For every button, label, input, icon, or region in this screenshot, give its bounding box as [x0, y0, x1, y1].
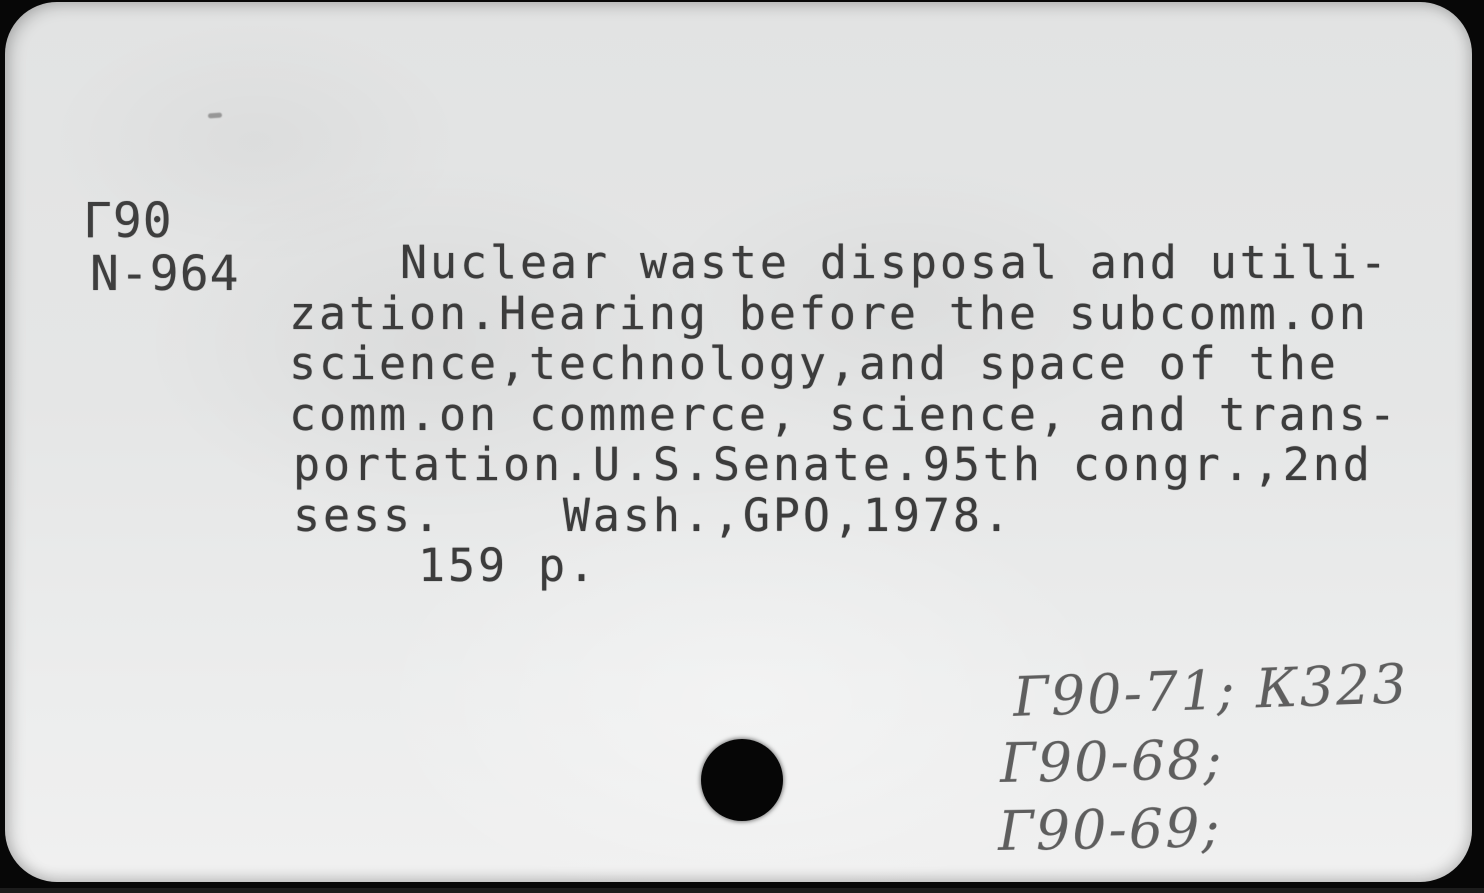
- typed-line-1: Nuclear waste disposal and utili-: [400, 238, 1390, 288]
- hole-punch: [701, 739, 783, 821]
- typed-line-2: zation.Hearing before the subcomm.on: [289, 289, 1369, 339]
- typed-line-6: sess. Wash.,GPO,1978.: [293, 491, 1013, 541]
- catalog-card: Г90 N-964 Nuclear waste disposal and uti…: [5, 2, 1472, 882]
- typed-line-pagination: 159 p.: [418, 541, 598, 591]
- typed-line-4: comm.on commerce, science, and trans-: [289, 390, 1399, 440]
- scanned-catalog-card-page: { "card": { "call_number": { "class_line…: [0, 0, 1484, 893]
- handwritten-shelfmark-3: Г90-69;: [998, 799, 1223, 861]
- call-number-item: N-964: [90, 249, 240, 299]
- call-number-class: Г90: [83, 196, 173, 246]
- handwritten-shelfmark-2: Г90-68;: [1000, 731, 1225, 793]
- typed-line-5: portation.U.S.Senate.95th congr.,2nd: [293, 440, 1373, 490]
- handwritten-shelfmark-1: Г90-71; К323: [1012, 655, 1409, 727]
- scan-edge-strip: [0, 888, 1484, 893]
- smudge-mark: [208, 113, 222, 119]
- typed-line-3: science,technology,and space of the: [289, 339, 1339, 389]
